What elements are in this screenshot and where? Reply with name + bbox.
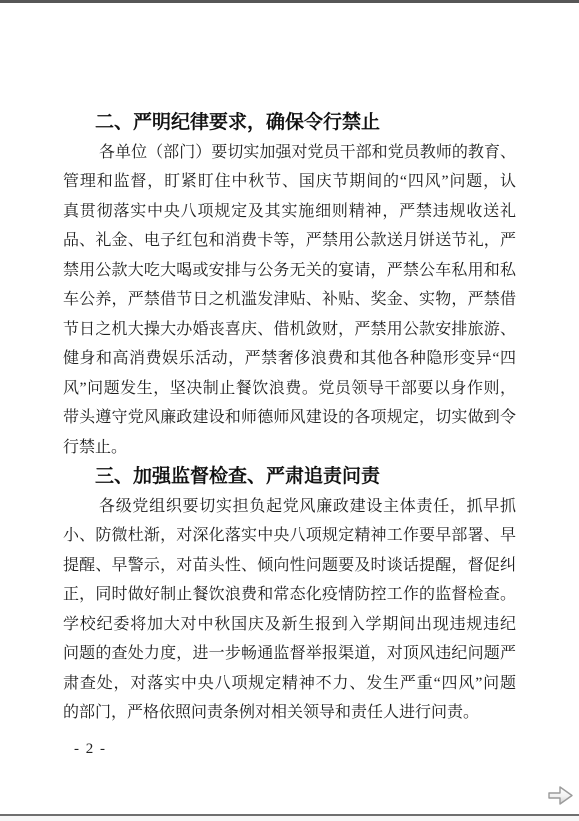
document-page: 二、严明纪律要求，确保令行禁止各单位（部门）要切实加强对党员干部和党员教师的教育… — [0, 3, 579, 814]
text-line: 学校纪委将加大对中秋国庆及新生报到入学期间出现违规违纪 — [63, 610, 516, 640]
text-line: 禁用公款大吃大喝或安排与公务无关的宴请，严禁公车私用和私 — [63, 256, 516, 286]
screenshot-root: { "page": { "number_label": "- 2 -", "co… — [0, 0, 579, 821]
text-line: 小、防微杜渐，对深化落实中央八项规定精神工作要早部署、早 — [63, 521, 516, 551]
viewer-bottom-strip — [0, 816, 579, 821]
text-line: 提醒、早警示，对苗头性、倾向性问题要及时谈话提醒，督促纠 — [63, 551, 516, 581]
text-line: 管理和监督，盯紧盯住中秋节、国庆节期间的“四风”问题，认 — [63, 167, 516, 197]
text-line: 车公养，严禁借节日之机滥发津贴、补贴、奖金、实物，严禁借 — [63, 285, 516, 315]
text-line: 风”问题发生，坚决制止餐饮浪费。党员领导干部要以身作则， — [63, 374, 516, 404]
text-line: 节日之机大操大办婚丧喜庆、借机敛财，严禁用公款安排旅游、 — [63, 315, 516, 345]
text-line: 带头遵守党风廉政建设和师德师风建设的各项规定，切实做到令 — [63, 403, 516, 433]
text-line: 各级党组织要切实担负起党风廉政建设主体责任，抓早抓 — [63, 492, 516, 522]
text-line: 问题的查处力度，进一步畅通监督举报渠道，对顶风违纪问题严 — [63, 639, 516, 669]
text-line: 品、礼金、电子红包和消费卡等，严禁用公款送月饼送节礼，严 — [63, 226, 516, 256]
text-line: 肃查处，对落实中央八项规定精神不力、发生严重“四风”问题 — [63, 669, 516, 699]
section-heading: 二、严明纪律要求，确保令行禁止 — [63, 108, 516, 138]
text-line: 行禁止。 — [63, 433, 516, 463]
next-page-arrow-icon[interactable] — [545, 783, 575, 809]
page-number: - 2 - — [74, 741, 107, 758]
text-line: 的部门，严格依照问责条例对相关领导和责任人进行问责。 — [63, 698, 516, 728]
text-line: 真贯彻落实中央八项规定及其实施细则精神，严禁违规收送礼 — [63, 197, 516, 227]
text-line: 健身和高消费娱乐活动，严禁奢侈浪费和其他各种隐形变异“四 — [63, 344, 516, 374]
document-body: 二、严明纪律要求，确保令行禁止各单位（部门）要切实加强对党员干部和党员教师的教育… — [63, 108, 516, 728]
text-line: 各单位（部门）要切实加强对党员干部和党员教师的教育、 — [63, 138, 516, 168]
text-line: 正，同时做好制止餐饮浪费和常态化疫情防控工作的监督检查。 — [63, 580, 516, 610]
section-heading: 三、加强监督检查、严肃追责问责 — [63, 462, 516, 492]
